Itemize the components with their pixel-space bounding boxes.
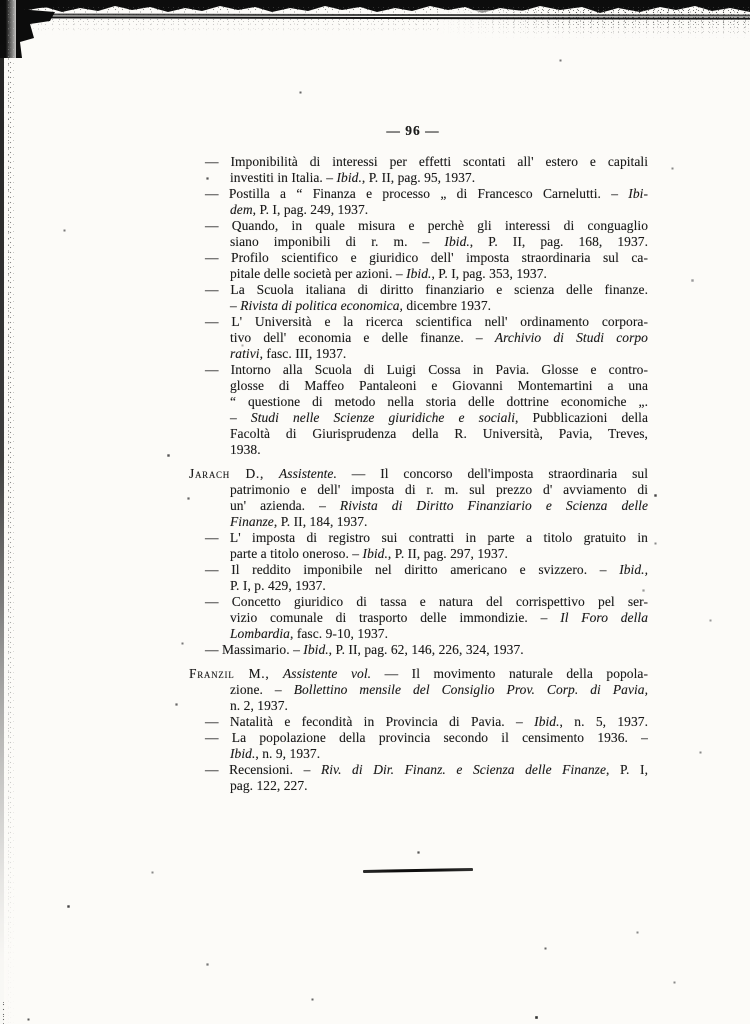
bib-line: vizio comunale di trasporto delle immond…	[230, 610, 648, 626]
bib-line: 1938.	[230, 442, 648, 458]
scan-artifact-left-edge	[0, 0, 16, 1024]
bib-group-jarach: Jarach D., Assistente. — Il concorso del…	[189, 466, 648, 658]
bib-entry: — Concetto giuridico di tassa e natura d…	[189, 594, 648, 642]
bib-entry: — Intorno alla Scuola di Luigi Cossa in …	[189, 362, 648, 458]
footer-divider-line	[363, 868, 473, 873]
bib-line: investiti in Italia. – Ibid., P. II, pag…	[230, 170, 648, 186]
bib-line: – Rivista di politica economica, dicembr…	[230, 298, 648, 314]
bib-entry: — L' Università e la ricerca scientifica…	[189, 314, 648, 362]
bib-line: tivo dell' economia e delle finanze. – A…	[230, 330, 648, 346]
bib-group-franzil: Franzil M., Assistente vol. — Il movimen…	[189, 666, 648, 794]
bib-line: — La Scuola italiana di diritto finanzia…	[205, 282, 648, 298]
bib-line: — Profilo scientifico e giuridico dell' …	[205, 250, 648, 266]
bib-line: — La popolazione della provincia secondo…	[205, 730, 648, 746]
bib-line: Lombardia, fasc. 9-10, 1937.	[230, 626, 648, 642]
bib-entry: — Quando, in quale misura e perchè gli i…	[189, 218, 648, 250]
bib-entry: — Postilla a “ Finanza e processo „ di F…	[189, 186, 648, 218]
bib-entry: Jarach D., Assistente. — Il concorso del…	[189, 466, 648, 530]
bib-line: — L' Università e la ricerca scientifica…	[205, 314, 648, 330]
bib-entry: — Massimario. – Ibid., P. II, pag. 62, 1…	[189, 642, 648, 658]
bib-entry: — Il reddito imponibile nel diritto amer…	[189, 562, 648, 594]
scan-artifact-speckles	[0, 0, 1, 1]
bib-line: dem, P. I, pag. 249, 1937.	[230, 202, 648, 218]
bib-entry: — La popolazione della provincia secondo…	[189, 730, 648, 762]
bib-line: zione. – Bollettino mensile del Consigli…	[230, 682, 648, 698]
bib-line: — Natalità e fecondità in Provincia di P…	[205, 714, 648, 730]
scanned-page: — 96 — — Imponibilità di interessi per e…	[0, 0, 750, 1024]
bib-line: — L' imposta di registro sui contratti i…	[205, 530, 648, 546]
bib-line: — Intorno alla Scuola di Luigi Cossa in …	[205, 362, 648, 378]
bib-line: Ibid., n. 9, 1937.	[230, 746, 648, 762]
bib-line: – Studi nelle Scienze giuridiche e socia…	[230, 410, 648, 426]
bib-line: P. I, p. 429, 1937.	[230, 578, 648, 594]
bibliography: — Imponibilità di interessi per effetti …	[189, 154, 648, 794]
bib-entry: Franzil M., Assistente vol. — Il movimen…	[189, 666, 648, 714]
bib-line: Jarach D., Assistente. — Il concorso del…	[189, 466, 648, 482]
bib-line: Finanze, P. II, 184, 1937.	[230, 514, 648, 530]
bib-line: Franzil M., Assistente vol. — Il movimen…	[189, 666, 648, 682]
bib-line: pag. 122, 227.	[230, 778, 648, 794]
scan-artifact-edge-line	[25, 13, 750, 16]
page-number: — 96 —	[189, 123, 637, 139]
bib-line: un' azienda. – Rivista di Diritto Finanz…	[230, 498, 648, 514]
bib-line: pitale delle società per azioni. – Ibid.…	[230, 266, 648, 282]
bib-line: rativi, fasc. III, 1937.	[230, 346, 648, 362]
bib-entry: — Profilo scientifico e giuridico dell' …	[189, 250, 648, 282]
bib-line: — Postilla a “ Finanza e processo „ di F…	[205, 186, 648, 202]
bib-line: Facoltà di Giurisprudenza della R. Unive…	[230, 426, 648, 442]
bib-line: “ questione di metodo nella storia delle…	[230, 394, 648, 410]
bib-line: — Quando, in quale misura e perchè gli i…	[205, 218, 648, 234]
bib-entry: — Recensioni. – Riv. di Dir. Finanz. e S…	[189, 762, 648, 794]
bib-line: patrimonio e dell' imposta di r. m. sul …	[230, 482, 648, 498]
bib-entry: — Imponibilità di interessi per effetti …	[189, 154, 648, 186]
bib-line: glosse di Maffeo Pantaleoni e Giovanni M…	[230, 378, 648, 394]
bib-line: — Recensioni. – Riv. di Dir. Finanz. e S…	[205, 762, 648, 778]
bib-line: — Il reddito imponibile nel diritto amer…	[205, 562, 648, 578]
bib-group-continued-entries: — Imponibilità di interessi per effetti …	[189, 154, 648, 458]
bib-line: siano imponibili di r. m. – Ibid., P. II…	[230, 234, 648, 250]
bib-line: parte a titolo oneroso. – Ibid., P. II, …	[230, 546, 648, 562]
bib-entry: — Natalità e fecondità in Provincia di P…	[189, 714, 648, 730]
bib-line: n. 2, 1937.	[230, 698, 648, 714]
bib-line: — Imponibilità di interessi per effetti …	[205, 154, 648, 170]
bib-entry: — La Scuola italiana di diritto finanzia…	[189, 282, 648, 314]
bib-line: — Massimario. – Ibid., P. II, pag. 62, 1…	[205, 642, 648, 658]
scan-artifact-bottom-left	[0, 1002, 7, 1024]
bib-entry: — L' imposta di registro sui contratti i…	[189, 530, 648, 562]
bib-line: — Concetto giuridico di tassa e natura d…	[205, 594, 648, 610]
